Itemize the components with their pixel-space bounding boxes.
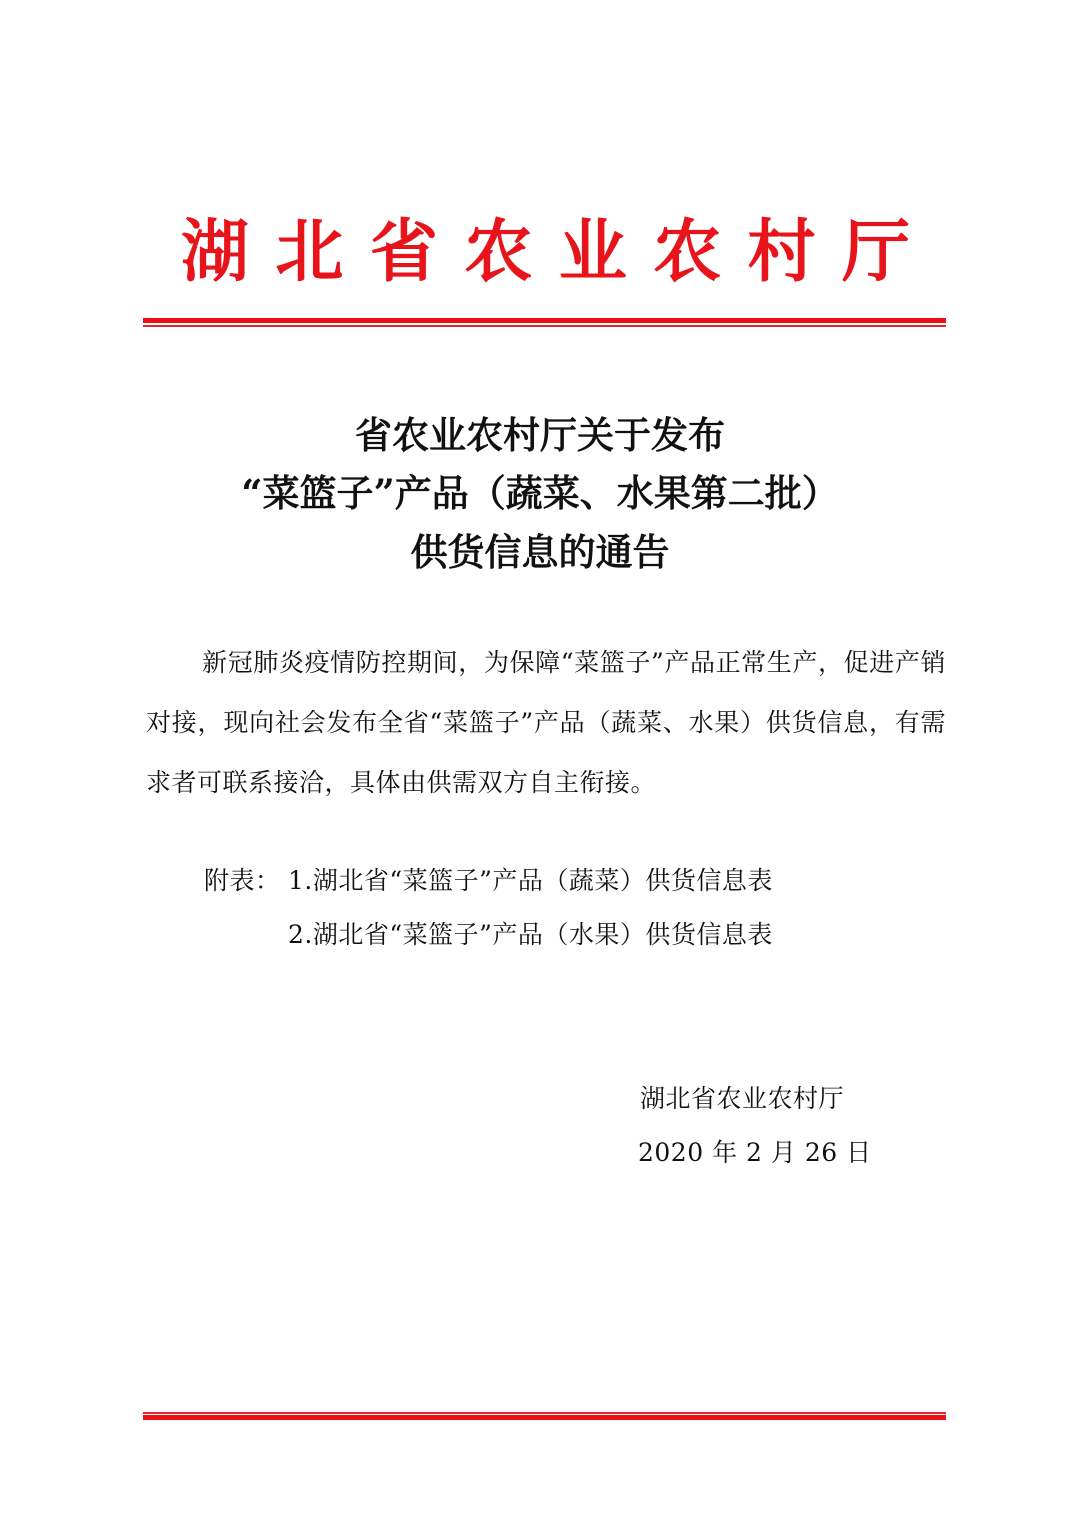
masthead-char: 农: [464, 219, 532, 287]
masthead-char: 厅: [842, 219, 910, 287]
masthead-char: 北: [275, 219, 343, 287]
masthead-char: 业: [559, 219, 627, 287]
masthead-organization-name: 湖 北 省 农 业 农 村 厅: [143, 208, 946, 298]
masthead-char: 农: [653, 219, 721, 287]
header-divider-thin: [143, 325, 946, 327]
masthead-char: 湖: [181, 219, 249, 287]
signature-date: 2020 年 2 月 26 日: [638, 1138, 872, 1168]
body-paragraph: 新冠肺炎疫情防控期间，为保障“菜篮子”产品正常生产，促进产销对接，现向社会发布全…: [146, 633, 946, 813]
document-title-line-3: 供货信息的通告: [0, 523, 1080, 581]
document-title-line-1: 省农业农村厅关于发布: [0, 406, 1080, 464]
masthead-char: 村: [748, 219, 816, 287]
signature-organization: 湖北省农业农村厅: [640, 1084, 844, 1114]
footer-divider-thin: [143, 1412, 946, 1414]
header-divider-thick: [143, 318, 946, 323]
attachment-item-fruits: 2.湖北省“菜篮子”产品（水果）供货信息表: [288, 920, 773, 950]
masthead-char: 省: [370, 219, 438, 287]
attachments-label: 附表：: [204, 866, 281, 896]
attachment-item-vegetables: 1.湖北省“菜篮子”产品（蔬菜）供货信息表: [288, 866, 773, 896]
document-title-line-2: “菜篮子”产品（蔬菜、水果第二批）: [0, 464, 1080, 522]
footer-divider-thick: [143, 1415, 946, 1420]
